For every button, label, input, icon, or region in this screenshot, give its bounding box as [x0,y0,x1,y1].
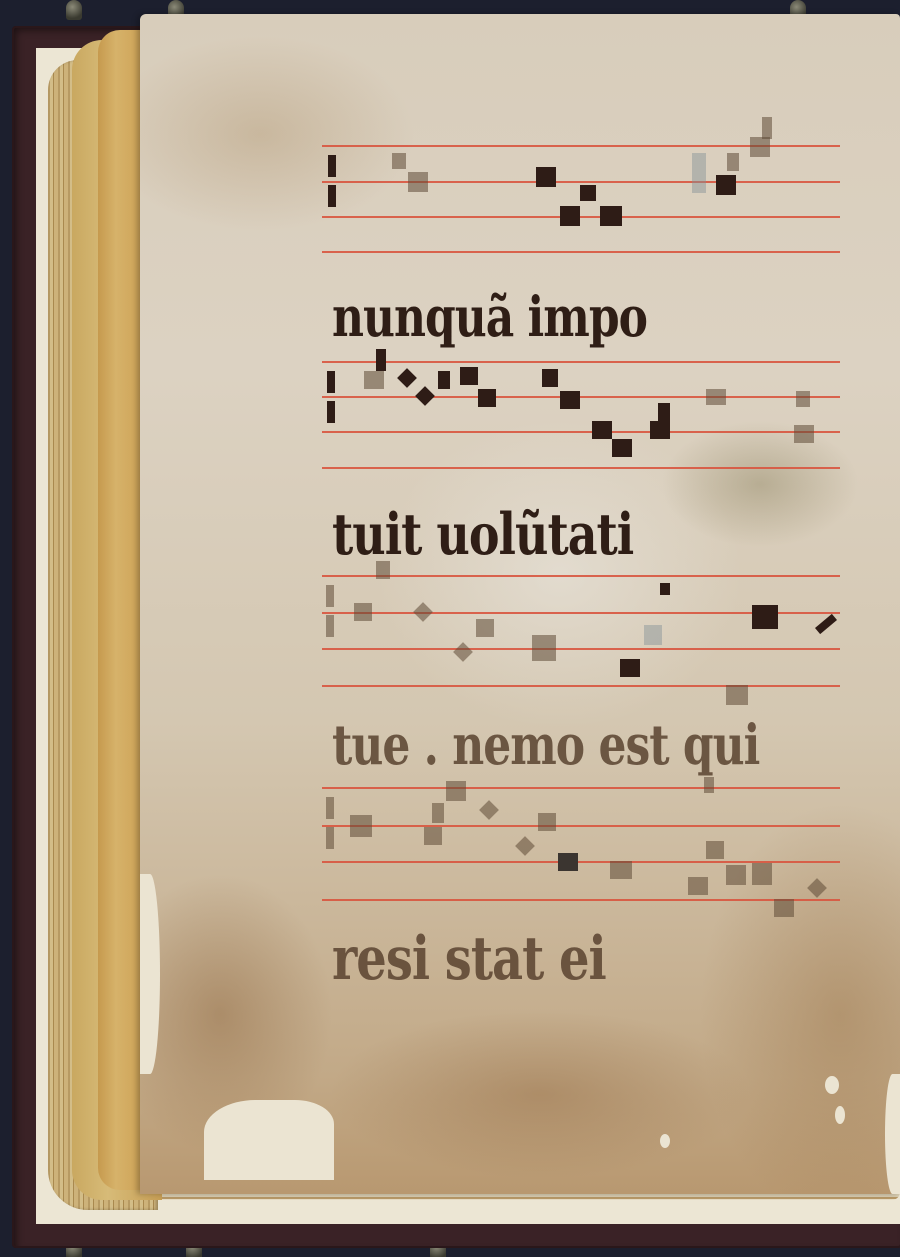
clef-icon [328,155,336,177]
note [704,777,714,793]
note [397,368,417,388]
staff-4 [322,787,840,899]
lyric-line-3: tue . nemo est qui [332,714,759,778]
note [726,865,746,885]
note [726,685,748,705]
note [560,391,580,409]
clef-icon [327,401,335,423]
note [460,367,478,385]
note [476,619,494,637]
staff-1 [322,145,840,257]
vellum-loss [825,1076,839,1094]
note [815,614,837,634]
note [644,625,662,645]
note [774,899,794,917]
note [515,836,535,856]
vellum-loss [885,1074,900,1194]
note [752,863,772,885]
note [536,167,556,187]
clef-icon [328,185,336,207]
note [364,371,384,389]
staff-3 [322,575,840,687]
note [658,403,670,421]
vellum-loss [140,874,160,1074]
note [610,861,632,879]
note [600,206,622,226]
note [592,421,612,439]
note [612,439,632,457]
note [620,659,640,677]
note [432,803,444,823]
lyric-line-4: resi stat ei [332,924,606,994]
note [532,635,556,661]
clef-icon [326,615,334,637]
note [479,800,499,820]
note [446,781,466,801]
staff-2 [322,361,840,473]
note [660,583,670,595]
note [538,813,556,831]
note [438,371,450,389]
note [807,878,827,898]
note [688,877,708,895]
clef-icon [326,797,334,819]
note [560,206,580,226]
note [692,153,706,193]
lyric-line-1: nunquã impo [332,286,647,350]
stud-icon [66,0,82,20]
note [762,117,772,139]
note [408,172,428,192]
note [650,421,670,439]
note [392,153,406,169]
note [558,853,578,871]
vellum-loss [660,1134,670,1148]
note [350,815,372,837]
note [542,369,558,387]
note [453,642,473,662]
note [415,386,435,406]
note [716,175,736,195]
vellum-loss [835,1106,845,1124]
clef-icon [326,827,334,849]
note [706,841,724,859]
note [376,349,386,371]
note [752,605,778,629]
note [580,185,596,201]
vellum-loss [204,1100,334,1180]
lyric-line-2: tuit uolũtati [332,500,633,568]
note [727,153,739,171]
note [750,137,770,157]
clef-icon [327,371,335,393]
note [424,827,442,845]
note [478,389,496,407]
note [796,391,810,407]
note [706,389,726,405]
note [354,603,372,621]
note [413,602,433,622]
clef-icon [326,585,334,607]
note [794,425,814,443]
note [376,561,390,579]
